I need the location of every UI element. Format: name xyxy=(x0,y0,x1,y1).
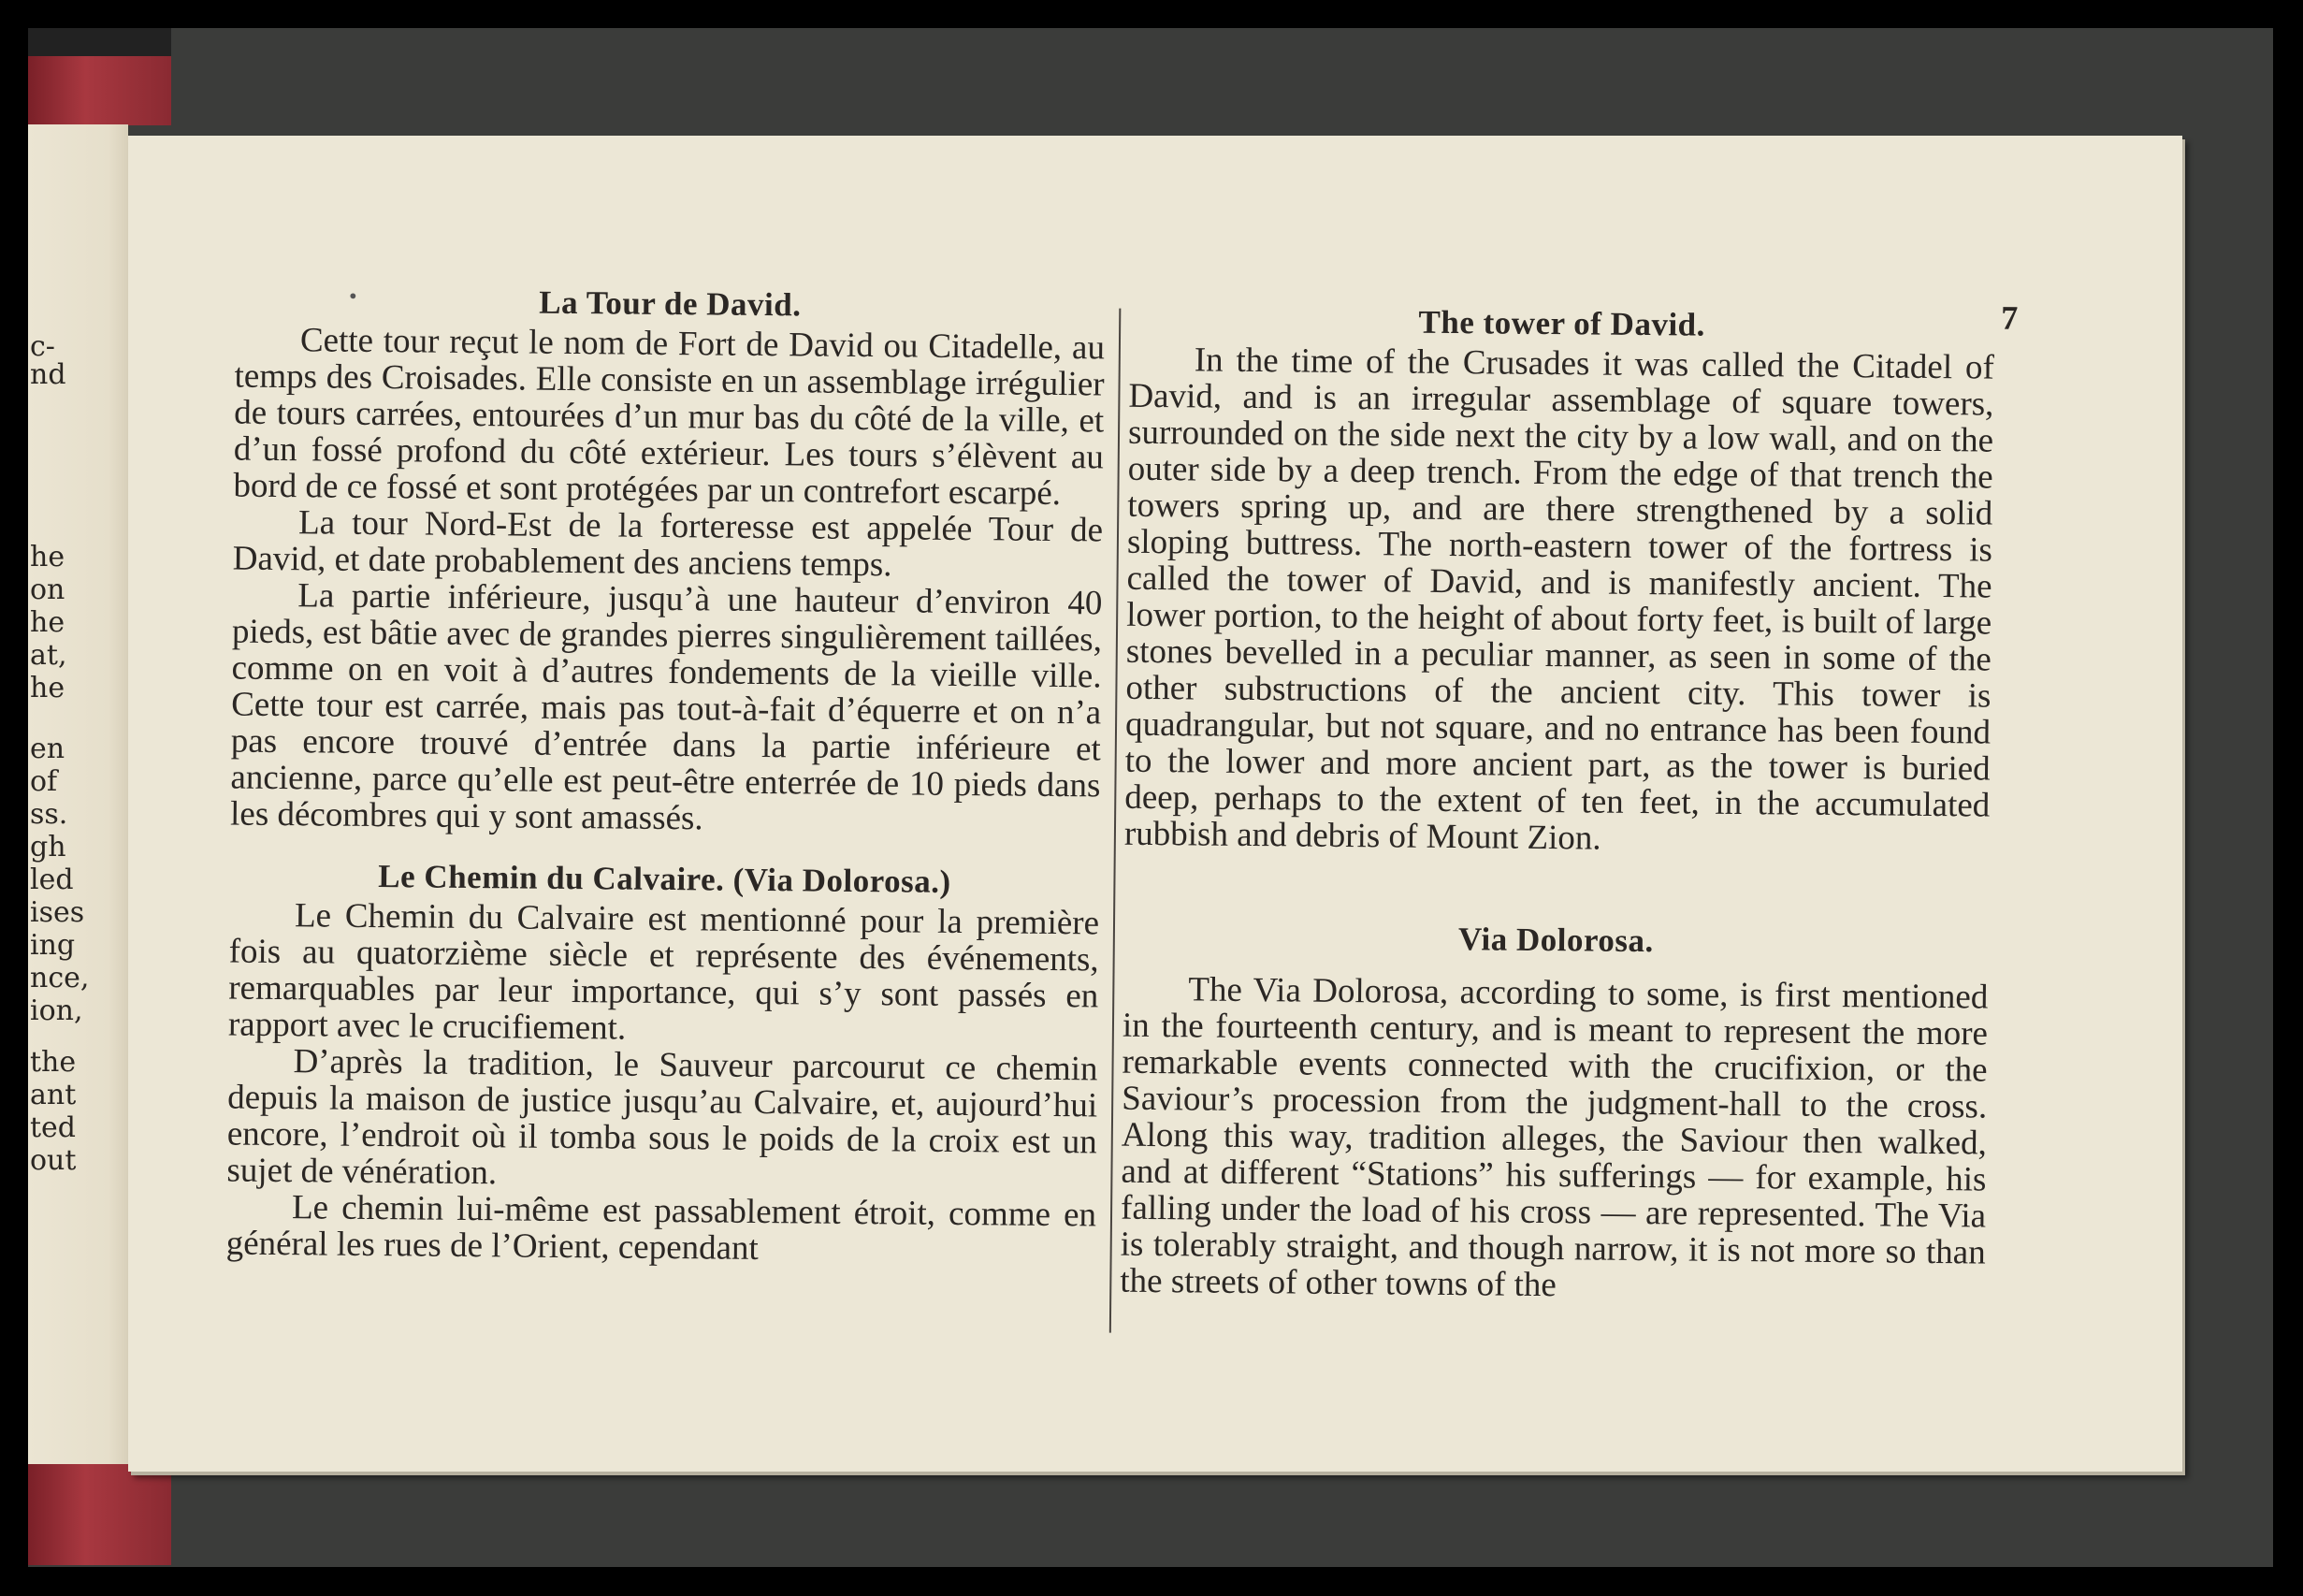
previous-page-text-fragment: at, xyxy=(30,639,66,673)
previous-page-text-fragment: he xyxy=(30,606,65,640)
book-binding-top xyxy=(28,56,171,125)
previous-page-text-fragment: out xyxy=(30,1144,76,1178)
previous-page-text-fragment: ant xyxy=(30,1079,76,1112)
previous-page-text-fragment: ing xyxy=(30,929,75,963)
paragraph: The Via Dolorosa, according to some, is … xyxy=(1120,971,1988,1308)
french-column: La Tour de David. Cette tour reçut le no… xyxy=(226,282,1106,1270)
previous-page-text-fragment: led xyxy=(30,863,74,897)
section-heading-chemin-du-calvaire: Le Chemin du Calvaire. (Via Dolorosa.) xyxy=(229,857,1099,902)
column-divider xyxy=(1109,309,1122,1333)
previous-page-text-fragment: nd xyxy=(30,358,66,392)
paragraph: Cette tour reçut le nom de Fort de David… xyxy=(233,322,1105,513)
previous-page-text-fragment: gh xyxy=(30,831,66,864)
paragraph: In the time of the Crusades it was calle… xyxy=(1124,341,1994,861)
previous-page-text-fragment: he xyxy=(30,541,65,574)
paragraph: Le Chemin du Calvaire est mentionné pour… xyxy=(228,897,1099,1052)
page-number: 7 xyxy=(2001,298,2018,338)
previous-page-text-fragment: ion, xyxy=(30,994,83,1028)
book-page: • 7 La Tour de David. Cette tour reçut l… xyxy=(128,136,2182,1472)
paragraph: La tour Nord-Est de la forteresse est ap… xyxy=(233,504,1104,586)
previous-page-text-fragment: en xyxy=(30,733,65,766)
previous-page-edge: c-ndheonheat,heenofss.ghledisesingnce,io… xyxy=(28,124,128,1464)
section-heading-tower-of-david: The tower of David. xyxy=(1129,301,1994,346)
previous-page-text-fragment: he xyxy=(30,672,65,705)
previous-page-text-fragment: the xyxy=(30,1046,76,1080)
paragraph: D’après la tradition, le Sauveur parcour… xyxy=(226,1043,1097,1197)
previous-page-text-fragment: of xyxy=(30,765,57,799)
book-binding-bottom xyxy=(28,1462,171,1565)
previous-page-text-fragment: nce, xyxy=(30,962,89,995)
section-heading-via-dolorosa: Via Dolorosa. xyxy=(1123,918,1989,963)
english-column: The tower of David. In the time of the C… xyxy=(1120,301,1994,1308)
previous-page-text-fragment: ises xyxy=(30,896,84,930)
previous-page-text-fragment: on xyxy=(30,573,65,607)
previous-page-text-fragment: ss. xyxy=(30,798,67,832)
paragraph: La partie inférieure, jusqu’à une hauteu… xyxy=(230,577,1103,841)
previous-page-text-fragment: ted xyxy=(30,1111,76,1145)
book-cover-edge xyxy=(28,28,171,56)
paragraph: Le chemin lui-même est passablement étro… xyxy=(226,1189,1097,1270)
section-heading-tour-de-david: La Tour de David. xyxy=(235,282,1105,326)
